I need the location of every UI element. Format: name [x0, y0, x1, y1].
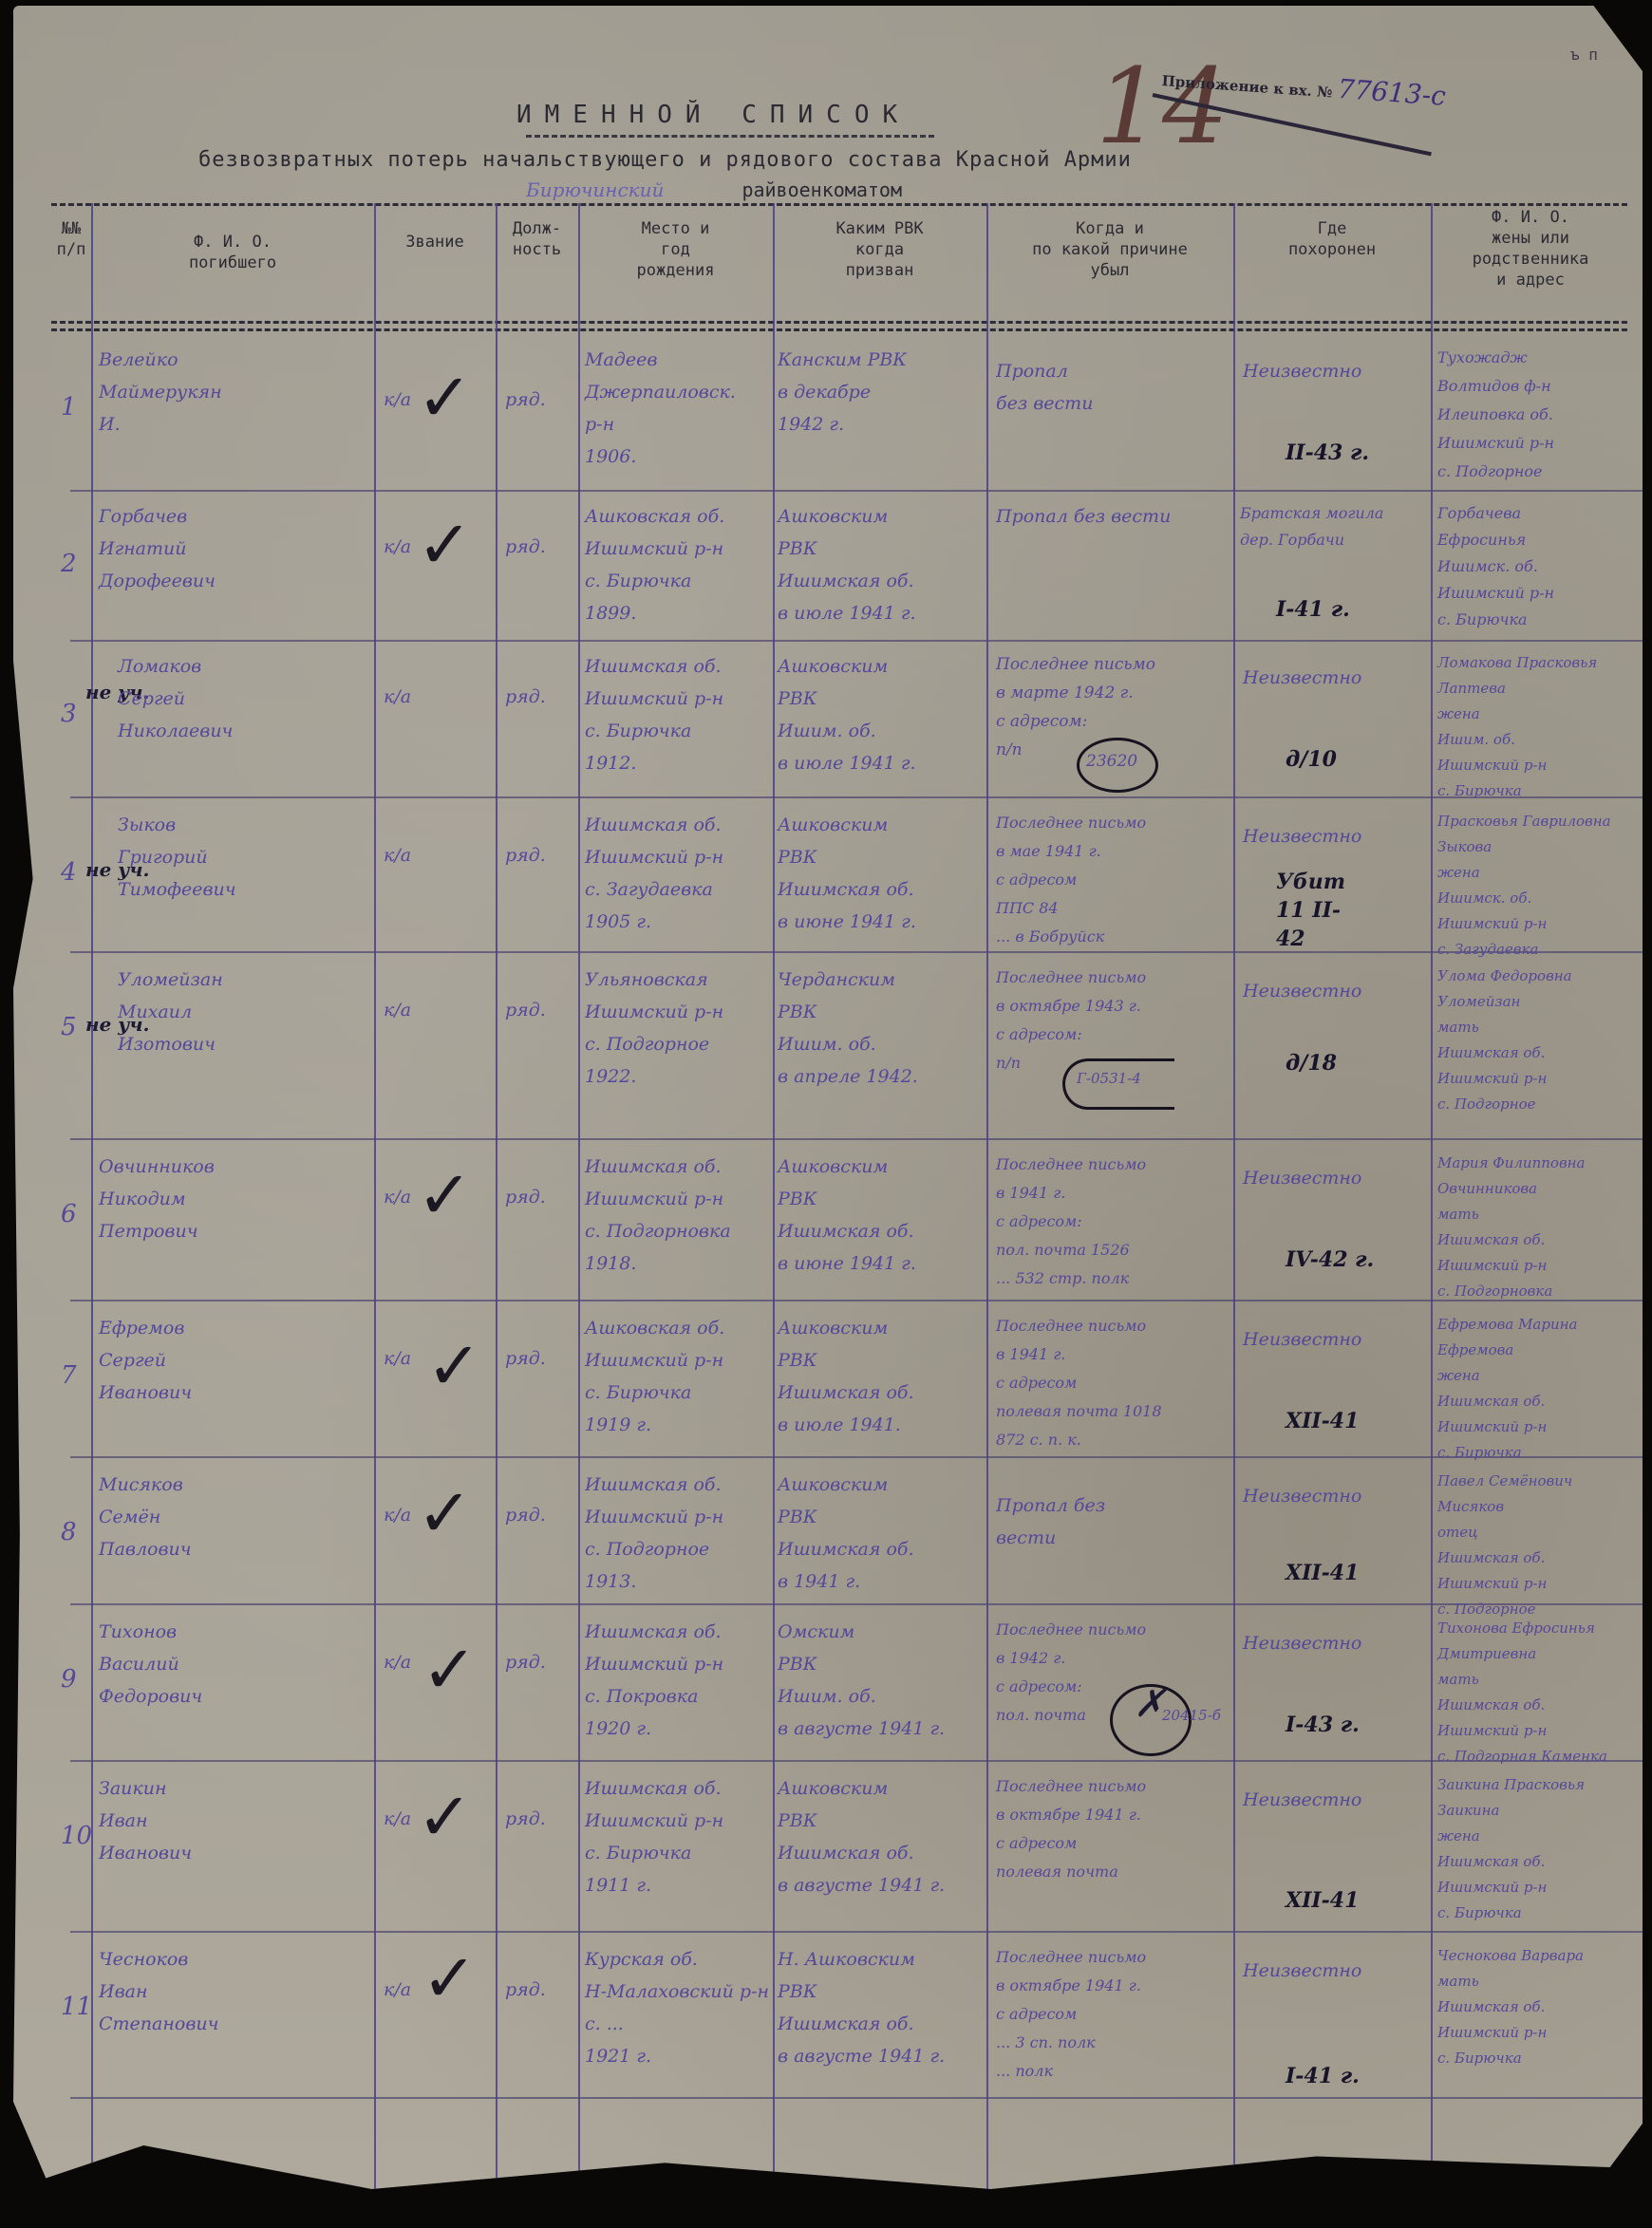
- circled-field-post-value: 23620: [1086, 745, 1137, 777]
- burial-date-mark: Убит 11 II-42: [1276, 868, 1361, 953]
- table-row: 10 Заикин Иван Иванович к/а ✓ ряд. Ишимс…: [51, 1765, 1646, 1924]
- table-row: 9 Тихонов Василий Федорович к/а ✓ ряд. И…: [51, 1608, 1646, 1768]
- document-title: ИМЕННОЙ СПИСОК: [516, 101, 910, 129]
- cell-rank: к/а: [384, 1974, 411, 2006]
- cell-drafted: Ашковским РВК Ишим. об. в июле 1941 г.: [778, 650, 982, 779]
- cell-position: ряд.: [505, 1499, 546, 1531]
- table-row: 4 не уч. Зыков Григорий Тимофеевич к/а р…: [51, 801, 1646, 961]
- cell-name: Тихонов Василий Федорович: [99, 1616, 374, 1713]
- cell-rank: к/а: [384, 1499, 411, 1531]
- cell-reason: Пропал без вести: [996, 355, 1229, 420]
- cell-birth: Ишимская об. Ишимский р-н с. Покровка 19…: [585, 1616, 770, 1745]
- row-divider: [70, 2097, 1646, 2099]
- cell-birth: Ульяновская Ишимский р-н с. Подгорное 19…: [585, 964, 770, 1093]
- row-number: 6: [61, 1200, 77, 1228]
- column-header-buried: Где похоронен: [1233, 218, 1431, 260]
- checkmark-icon: ✓: [417, 1784, 473, 1850]
- row-number: 7: [61, 1361, 77, 1390]
- checkmark-icon: ✓: [422, 1945, 478, 2012]
- cell-birth: Ишимская об. Ишимский р-н с. Подгорное 1…: [585, 1469, 770, 1598]
- burial-date-mark: XII-41: [1286, 1409, 1359, 1433]
- row-number: 5: [61, 1013, 77, 1041]
- cell-drafted: Ашковским РВК Ишимская об. в июле 1941 г…: [778, 500, 982, 629]
- row-number: 2: [61, 550, 77, 578]
- cell-reason: Последнее письмо в мае 1941 г. с адресом…: [996, 809, 1229, 951]
- table-row: 7 Ефремов Сергей Иванович к/а ✓ ряд. Ашк…: [51, 1304, 1646, 1464]
- burial-date-mark: I-41 г.: [1286, 2064, 1360, 2088]
- cell-drafted: Ашковским РВК Ишимская об. в июне 1941 г…: [778, 809, 982, 938]
- cell-position: ряд.: [505, 1803, 546, 1835]
- table-row: 8 Мисяков Семён Павлович к/а ✓ ряд. Ишим…: [51, 1461, 1646, 1620]
- cell-drafted: Ашковским РВК Ишимская об. в 1941 г.: [778, 1469, 982, 1598]
- header-bottom-rule: [51, 321, 1627, 324]
- cell-position: ряд.: [505, 1342, 546, 1375]
- cell-drafted: Н. Ашковским РВК Ишимская об. в августе …: [778, 1943, 982, 2072]
- cell-drafted: Черданским РВК Ишим. об. в апреле 1942.: [778, 964, 982, 1093]
- column-header-position: Долж- ность: [496, 218, 578, 260]
- column-header-birth: Место и год рождения: [578, 218, 773, 281]
- cell-rank: к/а: [384, 531, 411, 563]
- cell-buried: Братская могила дер. Горбачи: [1240, 500, 1430, 553]
- stamp-number: 77613-с: [1337, 73, 1447, 112]
- cell-relative: Павел Семёнович Мисяков отец Ишимская об…: [1437, 1469, 1642, 1622]
- row-number: 11: [61, 1993, 92, 2021]
- cell-relative: Прасковья Гавриловна Зыкова жена Ишимск.…: [1437, 809, 1642, 963]
- subtitle-handwritten-district: Бирючинский: [526, 178, 664, 201]
- column-header-drafted: Каким РВК когда призван: [773, 218, 986, 281]
- table-row: 5 не уч. Уломейзан Михаил Изотович к/а р…: [51, 956, 1646, 1115]
- column-header-relative: Ф. И. О. жены или родственника и адрес: [1431, 207, 1630, 290]
- burial-date-mark: XII-41: [1286, 1888, 1359, 1913]
- cell-position: ряд.: [505, 994, 546, 1026]
- cell-drafted: Ашковским РВК Ишимская об. в июне 1941 г…: [778, 1151, 982, 1280]
- cell-position: ряд.: [505, 531, 546, 563]
- cell-name: Велейко Маймерукян И.: [99, 344, 374, 440]
- cell-relative: Чеснокова Варвара мать Ишимская об. Ишим…: [1437, 1943, 1642, 2071]
- cell-relative: Ломакова Прасковья Лаптева жена Ишим. об…: [1437, 650, 1642, 804]
- cell-name: Зыков Григорий Тимофеевич: [118, 809, 374, 906]
- checkmark-icon: ✓: [417, 512, 473, 578]
- burial-date-mark: I-43 г.: [1286, 1713, 1360, 1737]
- burial-date-mark: д/10: [1286, 747, 1337, 772]
- column-header-reason: Когда и по какой причине убыл: [986, 218, 1233, 281]
- cell-buried: Неизвестно: [1243, 1323, 1428, 1356]
- cell-name: Горбачев Игнатий Дорофеевич: [99, 500, 374, 597]
- cell-drafted: Омским РВК Ишим. об. в августе 1941 г.: [778, 1616, 982, 1745]
- column-header-name: Ф. И. О. погибшего: [91, 232, 374, 273]
- row-number: 4: [61, 858, 77, 887]
- burial-date-mark: I-41 г.: [1276, 597, 1350, 622]
- column-header-rank: Звание: [374, 232, 496, 253]
- row-number: 9: [61, 1665, 77, 1694]
- cell-relative: Тихонова Ефросинья Дмитриевна мать Ишимс…: [1437, 1616, 1642, 1769]
- cell-buried: Неизвестно: [1243, 975, 1428, 1007]
- cell-relative: Улома Федоровна Уломейзан мать Ишимская …: [1437, 964, 1642, 1117]
- cell-rank: к/а: [384, 1803, 411, 1835]
- row-number: 10: [61, 1822, 92, 1850]
- cell-buried: Неизвестно: [1243, 355, 1428, 387]
- corner-mark: ъ п: [1570, 46, 1598, 64]
- table-row: 3 не уч. Ломаков Сергей Николаевич к/а р…: [51, 643, 1646, 802]
- cell-name: Заикин Иван Иванович: [99, 1772, 374, 1869]
- cell-birth: Ашковская об. Ишимский р-н с. Бирючка 18…: [585, 500, 770, 629]
- circled-field-post-value: Г-0531-4: [1077, 1062, 1141, 1095]
- cell-position: ряд.: [505, 1646, 546, 1678]
- document-subtitle: безвозвратных потерь начальствующего и р…: [198, 148, 1132, 172]
- row-divider: [70, 1931, 1646, 1933]
- cell-reason: Пропал без вести: [996, 500, 1229, 533]
- row-divider: [70, 1138, 1646, 1140]
- document-page: 14 Приложение к вх. № 77613-с ъ п ИМЕННО…: [13, 6, 1643, 2189]
- document-subtitle-line2: Бирючинский райвоенкоматом: [526, 178, 902, 201]
- cell-reason: Последнее письмо в октябре 1941 г. с адр…: [996, 1772, 1229, 1886]
- circled-field-post-value: 20415-б: [1162, 1699, 1221, 1732]
- cell-drafted: Ашковским РВК Ишимская об. в июле 1941.: [778, 1312, 982, 1441]
- cell-birth: Ишимская об. Ишимский р-н с. Подгорновка…: [585, 1151, 770, 1280]
- cell-relative: Мария Филипповна Овчинникова мать Ишимск…: [1437, 1151, 1642, 1304]
- cell-relative: Ефремова Марина Ефремова жена Ишимская о…: [1437, 1312, 1642, 1466]
- cell-birth: Ишимская об. Ишимский р-н с. Бирючка 191…: [585, 1772, 770, 1901]
- header-bottom-rule-2: [51, 328, 1627, 331]
- cell-name: Уломейзан Михаил Изотович: [118, 964, 374, 1060]
- burial-date-mark: IV-42 г.: [1286, 1247, 1374, 1272]
- burial-date-mark: II-43 г.: [1286, 440, 1369, 465]
- column-header-num: №№ п/п: [51, 218, 91, 260]
- cell-position: ряд.: [505, 1974, 546, 2006]
- cell-name: Ефремов Сергей Иванович: [99, 1312, 374, 1409]
- cell-rank: к/а: [384, 1342, 411, 1375]
- table-row: 6 Овчинников Никодим Петрович к/а ✓ ряд.…: [51, 1143, 1646, 1302]
- row-number: 1: [61, 393, 77, 421]
- checkmark-icon: ✓: [417, 365, 473, 431]
- checkmark-icon: ✓: [422, 1637, 478, 1703]
- cell-buried: Неизвестно: [1243, 662, 1428, 694]
- checkmark-icon: ✓: [417, 1162, 473, 1228]
- cell-buried: Неизвестно: [1243, 1955, 1428, 1987]
- table-row: 1 Велейко Маймерукян И. к/а ✓ ряд. Мадее…: [51, 336, 1646, 496]
- cell-buried: Неизвестно: [1243, 1784, 1428, 1816]
- cell-reason: Последнее письмо в октябре 1941 г. с адр…: [996, 1943, 1229, 2086]
- checkmark-icon: ✓: [426, 1333, 482, 1399]
- cell-drafted: Ашковским РВК Ишимская об. в августе 194…: [778, 1772, 982, 1901]
- cell-name: Овчинников Никодим Петрович: [99, 1151, 374, 1247]
- cell-rank: к/а: [384, 1181, 411, 1213]
- cell-rank: к/а: [384, 994, 411, 1026]
- row-number: 8: [61, 1518, 77, 1546]
- subtitle-typed-suffix: райвоенкоматом: [742, 178, 902, 201]
- cross-mark-icon: ✗: [1134, 1688, 1166, 1720]
- burial-date-mark: д/18: [1286, 1051, 1337, 1076]
- cell-name: Чесноков Иван Степанович: [99, 1943, 374, 2040]
- table-row: 2 Горбачев Игнатий Дорофеевич к/а ✓ ряд.…: [51, 493, 1646, 652]
- burial-date-mark: XII-41: [1286, 1561, 1359, 1585]
- cell-reason: Последнее письмо в 1941 г. с адресом: по…: [996, 1151, 1229, 1293]
- cell-birth: Ишимская об. Ишимский р-н с. Бирючка 191…: [585, 650, 770, 779]
- cell-buried: Неизвестно: [1243, 1162, 1428, 1194]
- cell-birth: Ишимская об. Ишимский р-н с. Загудаевка …: [585, 809, 770, 938]
- header-top-rule: [51, 203, 1627, 206]
- cell-position: ряд.: [505, 839, 546, 871]
- cell-name: Ломаков Сергей Николаевич: [118, 650, 374, 747]
- cell-birth: Мадеев Джерпаиловск. р-н 1906.: [585, 344, 770, 473]
- cell-position: ряд.: [505, 1181, 546, 1213]
- row-number: 3: [61, 700, 77, 728]
- cell-rank: к/а: [384, 839, 411, 871]
- cell-buried: Неизвестно: [1243, 820, 1428, 852]
- table-row: 11 Чесноков Иван Степанович к/а ✓ ряд. К…: [51, 1936, 1646, 2095]
- checkmark-icon: ✓: [417, 1480, 473, 1546]
- cell-birth: Курская об. Н-Малаховский р-н с. ... 192…: [585, 1943, 770, 2072]
- cell-name: Мисяков Семён Павлович: [99, 1469, 374, 1565]
- cell-relative: Тухожадж Волтидов ф-н Илеиповка об. Ишим…: [1437, 344, 1642, 486]
- cell-buried: Неизвестно: [1243, 1480, 1428, 1512]
- cell-reason: Пропал без вести: [996, 1489, 1229, 1554]
- cell-position: ряд.: [505, 681, 546, 713]
- title-underline: [526, 135, 934, 138]
- cell-position: ряд.: [505, 384, 546, 416]
- cell-drafted: Канским РВК в декабре 1942 г.: [778, 344, 982, 440]
- cell-rank: к/а: [384, 1646, 411, 1678]
- cell-rank: к/а: [384, 681, 411, 713]
- cell-buried: Неизвестно: [1243, 1627, 1428, 1659]
- cell-rank: к/а: [384, 384, 411, 416]
- cell-relative: Горбачева Ефросинья Ишимск. об. Ишимский…: [1437, 500, 1642, 633]
- cell-reason: Последнее письмо в 1941 г. с адресом пол…: [996, 1312, 1229, 1454]
- cell-birth: Ашковская об. Ишимский р-н с. Бирючка 19…: [585, 1312, 770, 1441]
- cell-relative: Заикина Прасковья Заикина жена Ишимская …: [1437, 1772, 1642, 1926]
